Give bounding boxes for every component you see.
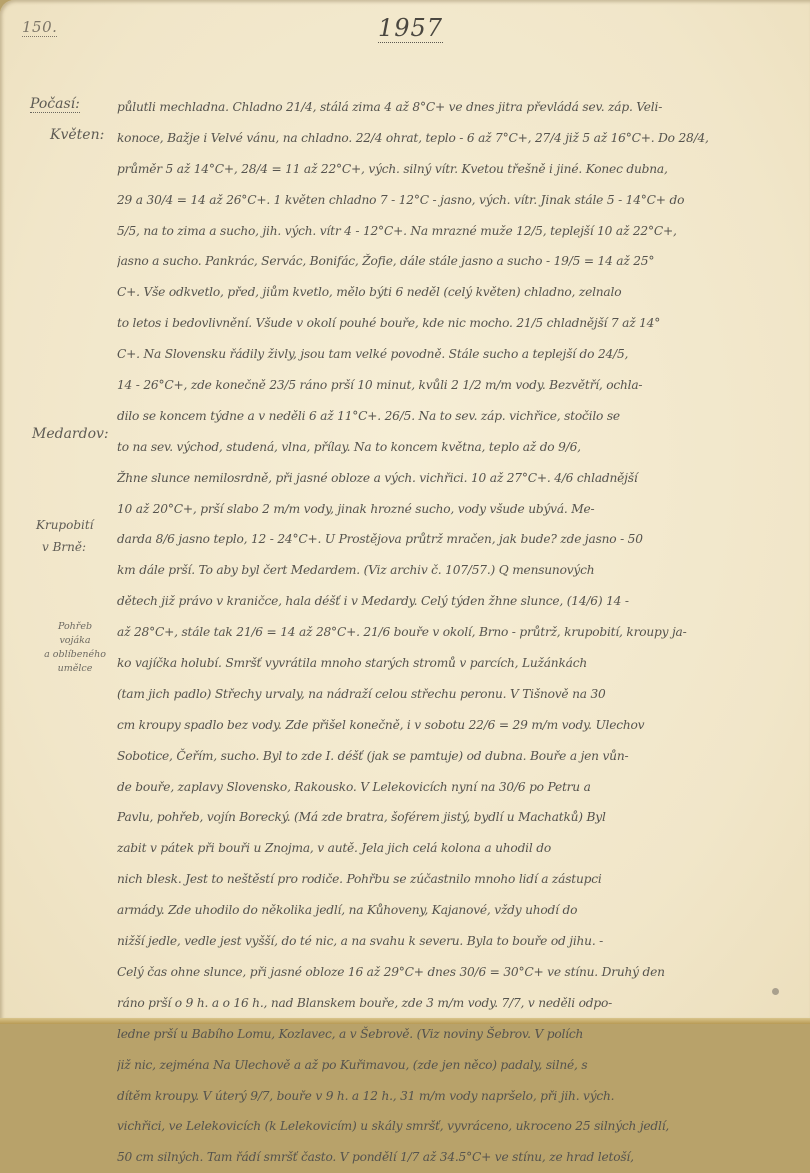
text-line: Celý čas ohne slunce, při jasné obloze 1… [117, 957, 793, 988]
text-line: půlutli mechladna. Chladno 21/4, stálá z… [117, 92, 793, 123]
text-line: ko vajíčka holubí. Smršť vyvrátila mnoho… [117, 648, 793, 679]
text-line: Sobotice, Čeřím, sucho. Byl to zde I. dé… [117, 741, 793, 772]
text-line: jasno a sucho. Pankrác, Servác, Bonifác,… [117, 246, 793, 277]
text-line: 14 - 26°C+, zde konečně 23/5 ráno prší 1… [117, 370, 793, 401]
text-line: dilo se koncem týdne a v neděli 6 až 11°… [117, 401, 793, 432]
handwritten-body: půlutli mechladna. Chladno 21/4, stálá z… [117, 92, 793, 1024]
text-line: armády. Zde uhodilo do několika jedlí, n… [117, 895, 793, 926]
margin-note-line: a oblíbeného [30, 648, 120, 662]
margin-label-medard: Medardov: [32, 426, 109, 442]
text-line: to na sev. východ, studená, vlna, přílay… [117, 432, 793, 463]
text-line: 5/5, na to zima a sucho, jih. vých. vítr… [117, 216, 793, 247]
page-number: 150. [22, 18, 57, 37]
text-line: cm kroupy spadlo bez vody. Zde přišel ko… [117, 710, 793, 741]
margin-label-hailstorm: Krupobití [36, 518, 94, 532]
notebook-page: 150. 1957 Počasí: Květen: Medardov: Krup… [0, 0, 810, 1018]
page-bottom-edge [0, 1018, 810, 1024]
margin-note-line: vojáka [30, 634, 120, 648]
text-line: C+. Na Slovensku řádily živly, jsou tam … [117, 339, 793, 370]
text-line: nižší jedle, vedle jest vyšší, do té nic… [117, 926, 793, 957]
text-line: Pavlu, pohřeb, vojín Borecký. (Má zde br… [117, 802, 793, 833]
text-line: darda 8/6 jasno teplo, 12 - 24°C+. U Pro… [117, 524, 793, 555]
text-line: (tam jich padlo) Střechy urvaly, na nádr… [117, 679, 793, 710]
text-line: konoce, Bažje i Velvé vánu, na chladno. … [117, 123, 793, 154]
text-line: až 28°C+, stále tak 21/6 = 14 až 28°C+. … [117, 617, 793, 648]
margin-note-funeral: Pohřeb vojáka a oblíbeného umělce [30, 620, 120, 676]
page-year-heading: 1957 [378, 14, 443, 43]
text-line: ráno prší o 9 h. a o 16 h., nad Blanskem… [117, 988, 793, 1019]
margin-label-may: Květen: [50, 127, 104, 143]
margin-note-line: umělce [30, 662, 120, 676]
text-line: dětech již právo v kraničce, hala déšť i… [117, 586, 793, 617]
text-line: zabit v pátek při bouři u Znojma, v autě… [117, 833, 793, 864]
margin-label-weather: Počasí: [30, 96, 80, 113]
text-line: km dále prší. To aby byl čert Medardem. … [117, 555, 793, 586]
margin-label-in-brno: v Brně: [42, 540, 86, 554]
text-line: 29 a 30/4 = 14 až 26°C+. 1 květen chladn… [117, 185, 793, 216]
margin-note-line: Pohřeb [30, 620, 120, 634]
text-line: to letos i bedovlivnění. Všude v okolí p… [117, 308, 793, 339]
text-line: nich blesk. Jest to neštěstí pro rodiče.… [117, 864, 793, 895]
text-line: 10 až 20°C+, prší slabo 2 m/m vody, jina… [117, 494, 793, 525]
text-line: Žhne slunce nemilosrdně, při jasné obloz… [117, 463, 793, 494]
text-line: průměr 5 až 14°C+, 28/4 = 11 až 22°C+, v… [117, 154, 793, 185]
text-line: C+. Vše odkvetlo, před, jiům kvetlo, měl… [117, 277, 793, 308]
text-line: de bouře, zaplavy Slovensko, Rakousko. V… [117, 772, 793, 803]
ink-spot [772, 988, 779, 995]
